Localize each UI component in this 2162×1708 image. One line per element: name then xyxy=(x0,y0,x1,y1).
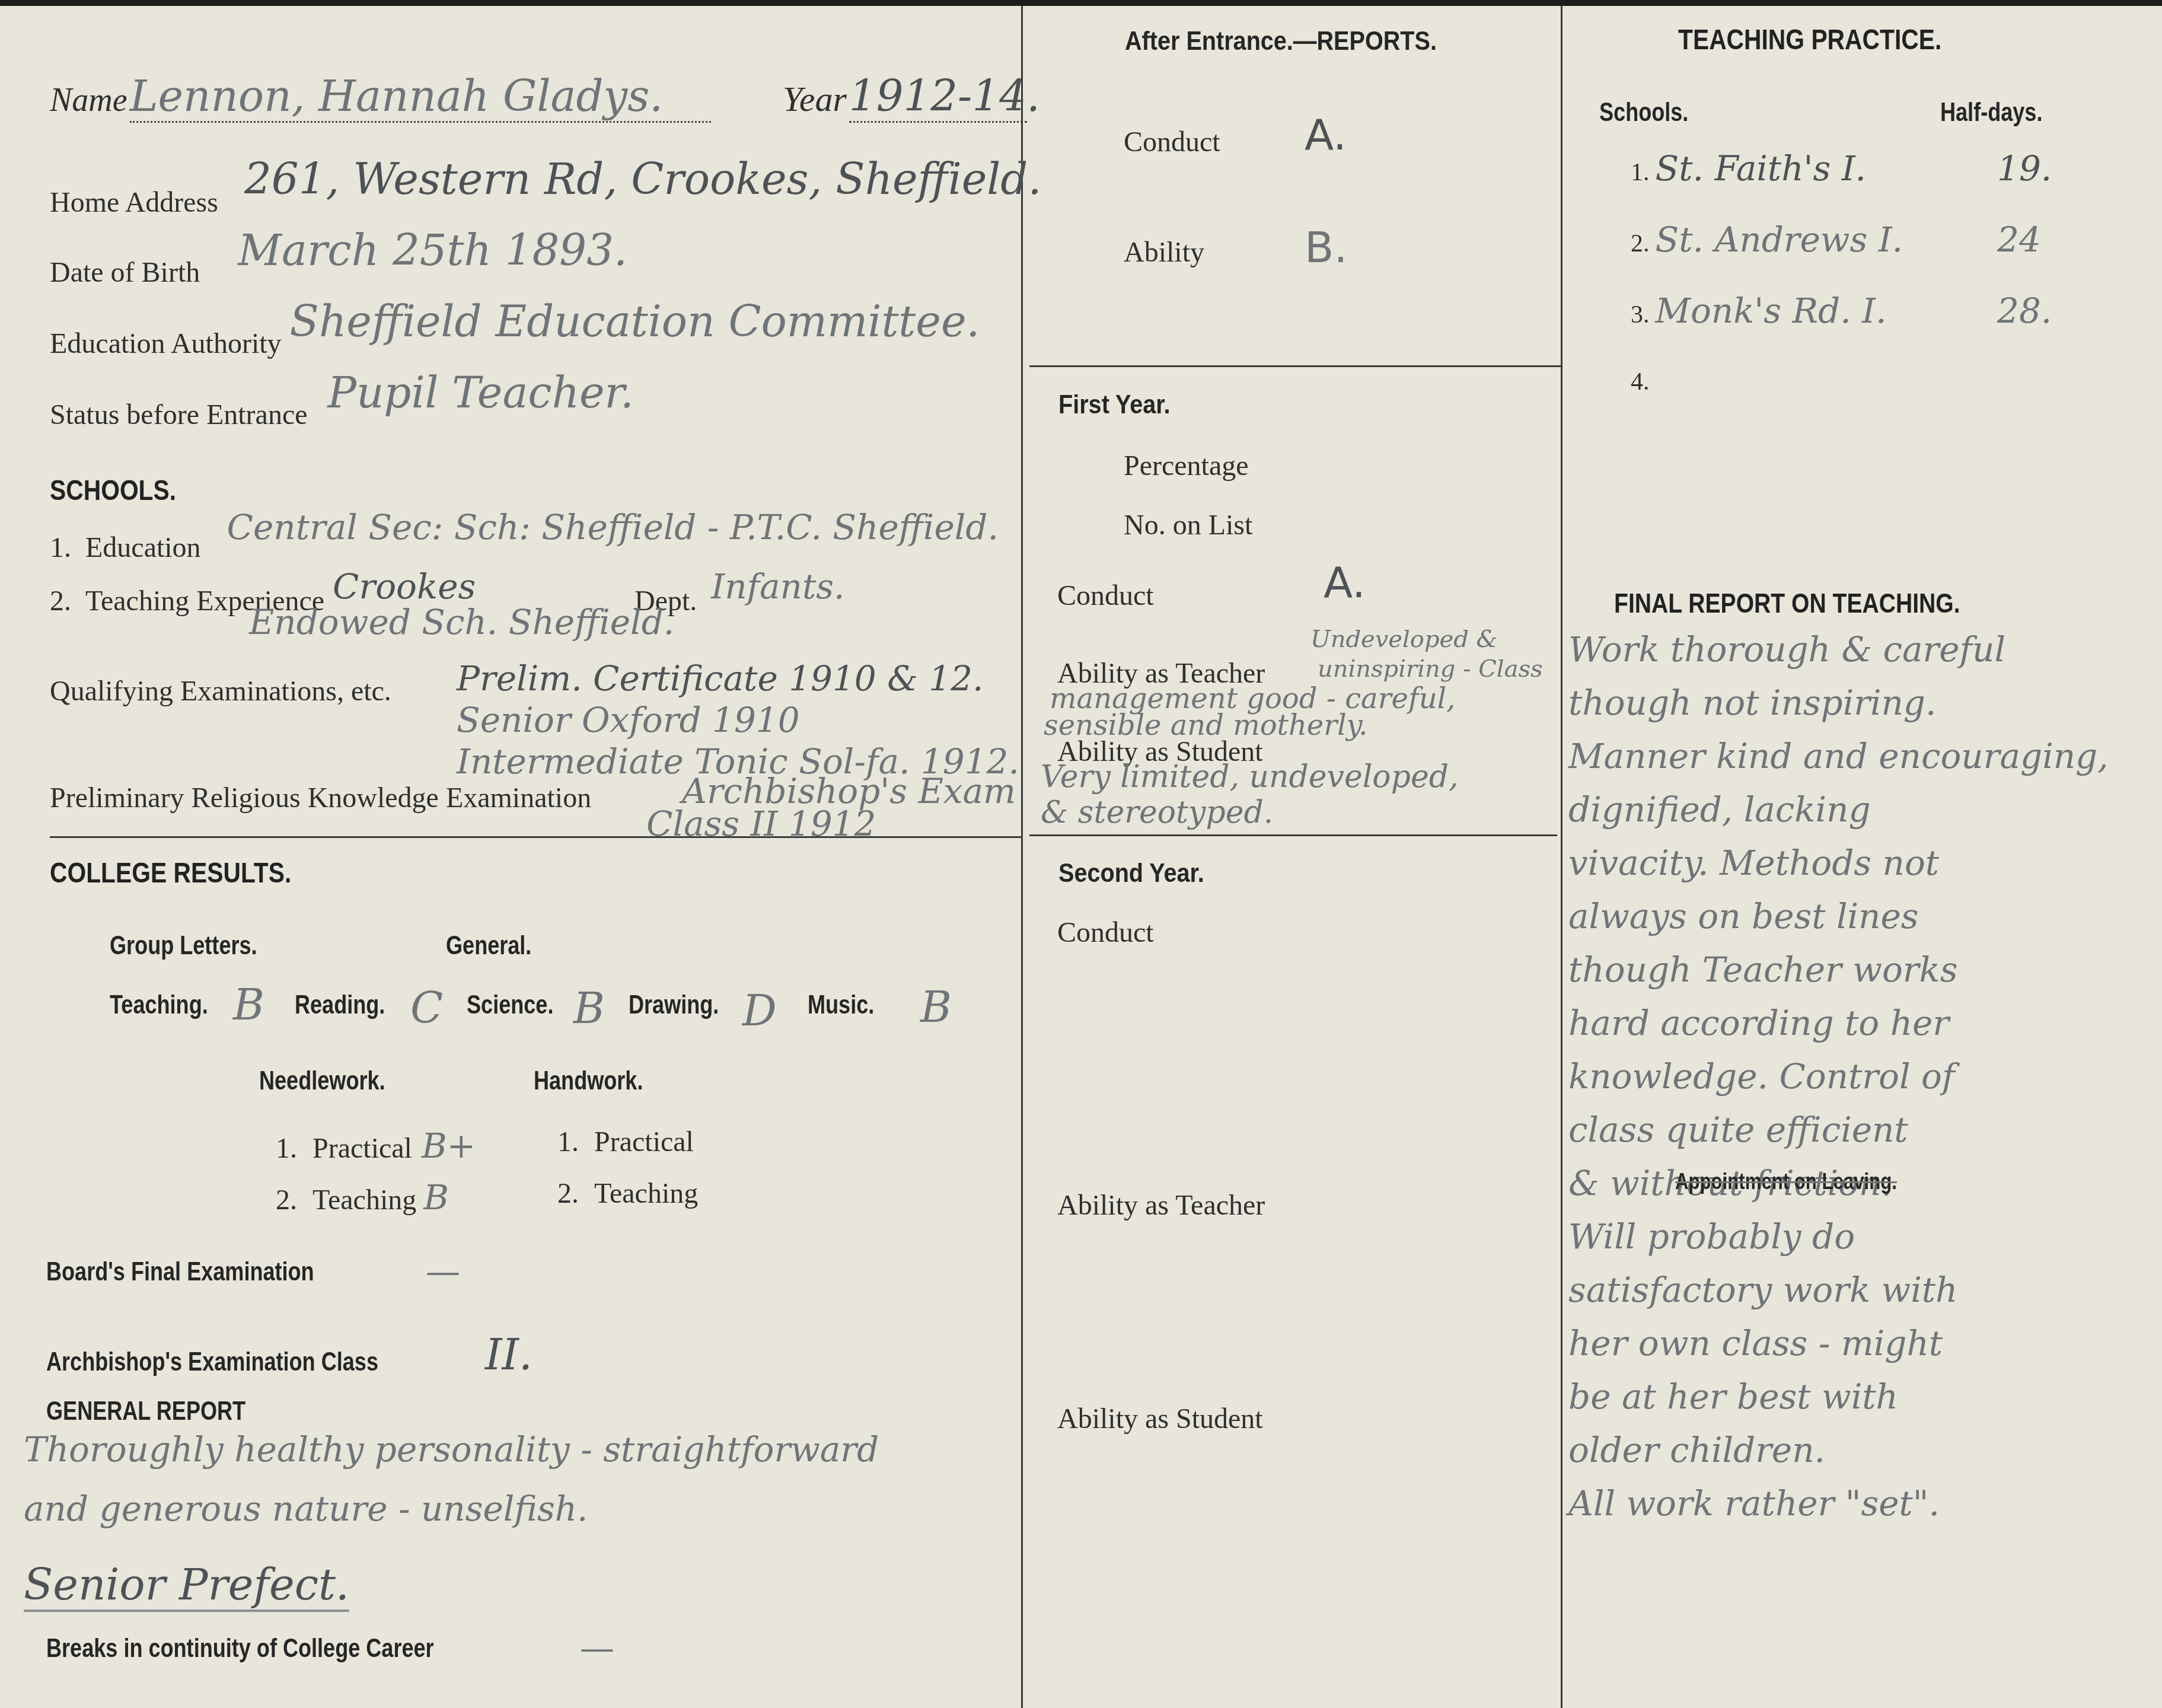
home-address-field: Home Address 261, Western Rd, Crookes, S… xyxy=(50,154,1041,204)
row-num: 1. xyxy=(1631,159,1650,186)
name-value: Lennon, Hannah Gladys. xyxy=(130,71,711,123)
halfdays-column-label: Half-days. xyxy=(1940,98,2042,128)
qualifying-label: Qualifying Examinations, etc. xyxy=(50,675,391,708)
row-school: Monk's Rd. I. xyxy=(1656,291,1887,331)
handwork-label: Handwork. xyxy=(534,1066,643,1096)
home-address-label: Home Address xyxy=(50,187,218,218)
group-letters-label: Group Letters. xyxy=(110,931,257,961)
row-school: St. Andrews I. xyxy=(1656,219,1903,260)
final-report-line: though Teacher works xyxy=(1568,943,2155,996)
education-num: 1. xyxy=(50,532,71,563)
handwork-practical: 1. Practical xyxy=(557,1126,694,1158)
status-label: Status before Entrance xyxy=(50,399,307,431)
year-field: Year 1912-14. xyxy=(783,71,1027,123)
home-address-value: 261, Western Rd, Crookes, Sheffield. xyxy=(244,154,1041,204)
row-days: 24 xyxy=(1997,219,2041,260)
final-report-line: though not inspiring. xyxy=(1568,676,2155,729)
status-field: Status before Entrance Pupil Teacher. xyxy=(50,368,634,418)
experience-value-line2: Endowed Sch. Sheffield. xyxy=(249,602,674,642)
breaks-row: Breaks in continuity of College Career — xyxy=(46,1634,519,1664)
student-value-line-1: Very limited, undeveloped, xyxy=(1041,759,1459,795)
dob-label: Date of Birth xyxy=(50,257,200,288)
authority-label: Education Authority xyxy=(50,328,282,359)
column-divider-left xyxy=(1021,6,1023,1708)
second-year-student-label: Ability as Student xyxy=(1057,1403,1263,1435)
practice-row-1: 1. St. Faith's I. 19. xyxy=(1631,148,1866,189)
grade-subject: Music. xyxy=(808,990,874,1020)
breaks-value: — xyxy=(580,1628,614,1668)
row-days: 28. xyxy=(1997,291,2052,331)
experience-value: Crookes xyxy=(333,566,476,607)
grade-letter: C xyxy=(410,983,443,1033)
row-num: 1. xyxy=(276,1133,297,1164)
grade-subject: Teaching. xyxy=(110,990,208,1020)
grade-subject: Reading. xyxy=(295,990,385,1020)
teacher-value-line-1: Undeveloped & xyxy=(1310,626,1497,653)
row-num: 2. xyxy=(1631,230,1650,257)
general-report-line-1: Thoroughly healthy personality - straigh… xyxy=(24,1429,879,1470)
row-label: Practical xyxy=(594,1126,694,1158)
final-report-line: vivacity. Methods not xyxy=(1568,836,2155,890)
handwork-teaching: 2. Teaching xyxy=(557,1177,698,1210)
general-label: General. xyxy=(446,931,531,961)
religious-value-line2: Class II 1912 xyxy=(646,804,876,844)
final-report-line: hard according to her xyxy=(1568,996,2155,1050)
final-report-line: Manner kind and encouraging, xyxy=(1568,729,2155,783)
year-value: 1912-14. xyxy=(849,71,1027,123)
authority-value: Sheffield Education Committee. xyxy=(290,297,980,346)
divider-firstyear-secondyear xyxy=(1029,834,1557,836)
practice-row-2: 2. St. Andrews I. 24 xyxy=(1631,219,1903,260)
name-field: Name Lennon, Hannah Gladys. xyxy=(50,71,711,123)
final-report-heading: FINAL REPORT ON TEACHING. xyxy=(1614,587,1960,619)
final-report-line: dignified, lacking xyxy=(1568,783,2155,836)
dob-value: March 25th 1893. xyxy=(238,225,627,275)
final-report-line: class quite efficient xyxy=(1568,1103,2155,1156)
second-year-conduct-label: Conduct xyxy=(1057,916,1154,949)
row-grade: B+ xyxy=(422,1126,476,1166)
year-label: Year xyxy=(783,79,847,119)
row-num: 3. xyxy=(1631,301,1650,329)
reports-conduct-value: A. xyxy=(1305,110,1347,160)
boards-final-value: — xyxy=(426,1251,460,1292)
row-num: 1. xyxy=(557,1126,579,1158)
archbishop-row: Archbishop's Examination Class II. xyxy=(46,1347,451,1377)
divider-reports-firstyear xyxy=(1029,365,1557,367)
college-results-heading: COLLEGE RESULTS. xyxy=(50,857,291,890)
general-report-heading: GENERAL REPORT xyxy=(46,1397,245,1426)
final-report-line: always on best lines xyxy=(1568,890,2155,943)
authority-field: Education Authority Sheffield Education … xyxy=(50,297,980,346)
boards-final-label: Board's Final Examination xyxy=(46,1257,314,1287)
practice-row-3: 3. Monk's Rd. I. 28. xyxy=(1631,291,1886,331)
dept-field: Dept. Infants. xyxy=(634,566,845,607)
needlework-teaching: 2. Teaching B xyxy=(276,1177,449,1218)
grade-science: Science. B xyxy=(467,990,573,1020)
grade-drawing: Drawing. D xyxy=(629,990,739,1020)
general-report-line-2: and generous nature - unselfish. xyxy=(24,1489,588,1529)
grade-subject: Drawing. xyxy=(629,990,719,1020)
final-report-text: Work thorough & careful though not inspi… xyxy=(1568,623,2155,1530)
education-label: Education xyxy=(85,532,201,563)
qualifying-line-2: Senior Oxford 1910 xyxy=(457,700,800,740)
second-year-teacher-label: Ability as Teacher xyxy=(1057,1189,1265,1222)
schools-column-label: Schools. xyxy=(1599,98,1688,128)
teaching-practice-heading: TEACHING PRACTICE. xyxy=(1678,24,1941,56)
status-value: Pupil Teacher. xyxy=(327,368,634,418)
row-num: 2. xyxy=(276,1184,297,1216)
percentage-label: Percentage xyxy=(1124,450,1249,482)
reports-ability-label: Ability xyxy=(1124,236,1204,269)
row-grade: B xyxy=(423,1177,449,1218)
final-report-line: knowledge. Control of xyxy=(1568,1050,2155,1103)
general-report-note: Senior Prefect. xyxy=(24,1560,349,1612)
boards-final-row: Board's Final Examination — xyxy=(46,1257,373,1287)
row-label: Teaching xyxy=(312,1184,416,1216)
grade-reading: Reading. C xyxy=(295,990,405,1020)
religious-label: Preliminary Religious Knowledge Examinat… xyxy=(50,782,591,814)
first-year-conduct-value: A. xyxy=(1324,557,1366,607)
reports-ability-value: B. xyxy=(1305,222,1347,272)
final-report-line: All work rather "set". xyxy=(1568,1477,2155,1530)
final-report-line: older children. xyxy=(1568,1423,2155,1477)
grade-letter: B xyxy=(573,983,605,1033)
schools-heading: SCHOOLS. xyxy=(50,474,176,507)
grade-subject: Science. xyxy=(467,990,553,1020)
grade-letter: B xyxy=(920,982,952,1032)
needlework-label: Needlework. xyxy=(259,1066,385,1096)
dob-field: Date of Birth March 25th 1893. xyxy=(50,225,627,275)
row-num: 4. xyxy=(1631,368,1650,396)
first-year-conduct-label: Conduct xyxy=(1057,579,1154,612)
reports-conduct-label: Conduct xyxy=(1124,126,1220,158)
student-value-line-2: & stereotyped. xyxy=(1041,795,1273,830)
row-days: 19. xyxy=(1997,148,2052,189)
column-divider-right xyxy=(1561,6,1562,1708)
scan-top-edge xyxy=(0,0,2162,6)
breaks-label: Breaks in continuity of College Career xyxy=(46,1634,434,1664)
row-label: Teaching xyxy=(594,1178,698,1209)
grade-letter: D xyxy=(742,986,777,1035)
teacher-value-line-2: uninspiring - Class xyxy=(1318,655,1543,683)
archbishop-value: II. xyxy=(485,1330,532,1379)
education-value: Central Sec: Sch: Sheffield - P.T.C. She… xyxy=(227,507,999,547)
final-report-line: satisfactory work with xyxy=(1568,1263,2155,1317)
experience-num: 2. xyxy=(50,585,71,617)
row-label: Practical xyxy=(312,1133,412,1164)
needlework-practical: 1. Practical B+ xyxy=(276,1126,476,1166)
grade-music: Music. B xyxy=(808,990,889,1020)
dept-value: Infants. xyxy=(711,566,844,607)
practice-row-4: 4. xyxy=(1631,368,1650,396)
experience-row: 2. Teaching Experience Crookes xyxy=(50,566,476,607)
second-year-heading: Second Year. xyxy=(1058,859,1204,888)
no-on-list-label: No. on List xyxy=(1124,509,1252,541)
final-report-line: Will probably do xyxy=(1568,1210,2155,1263)
row-num: 2. xyxy=(557,1178,579,1209)
grade-letter: B xyxy=(233,980,264,1030)
reports-heading: After Entrance.—REPORTS. xyxy=(1125,27,1437,56)
grade-teaching: Teaching. B xyxy=(110,990,229,1020)
archbishop-label: Archbishop's Examination Class xyxy=(46,1347,378,1377)
final-report-line: Work thorough & careful xyxy=(1568,623,2155,676)
first-year-heading: First Year. xyxy=(1058,390,1171,420)
name-label: Name xyxy=(50,82,127,119)
appointment-label: Appointment on Leaving. xyxy=(1675,1170,1897,1195)
qualifying-line-1: Prelim. Certificate 1910 & 12. xyxy=(457,658,984,699)
row-school: St. Faith's I. xyxy=(1656,148,1867,189)
divider-right-stub xyxy=(1545,365,1561,367)
final-report-line: her own class - might xyxy=(1568,1317,2155,1370)
final-report-line: be at her best with xyxy=(1568,1370,2155,1423)
education-row: 1. Education Central Sec: Sch: Sheffield… xyxy=(50,507,999,547)
